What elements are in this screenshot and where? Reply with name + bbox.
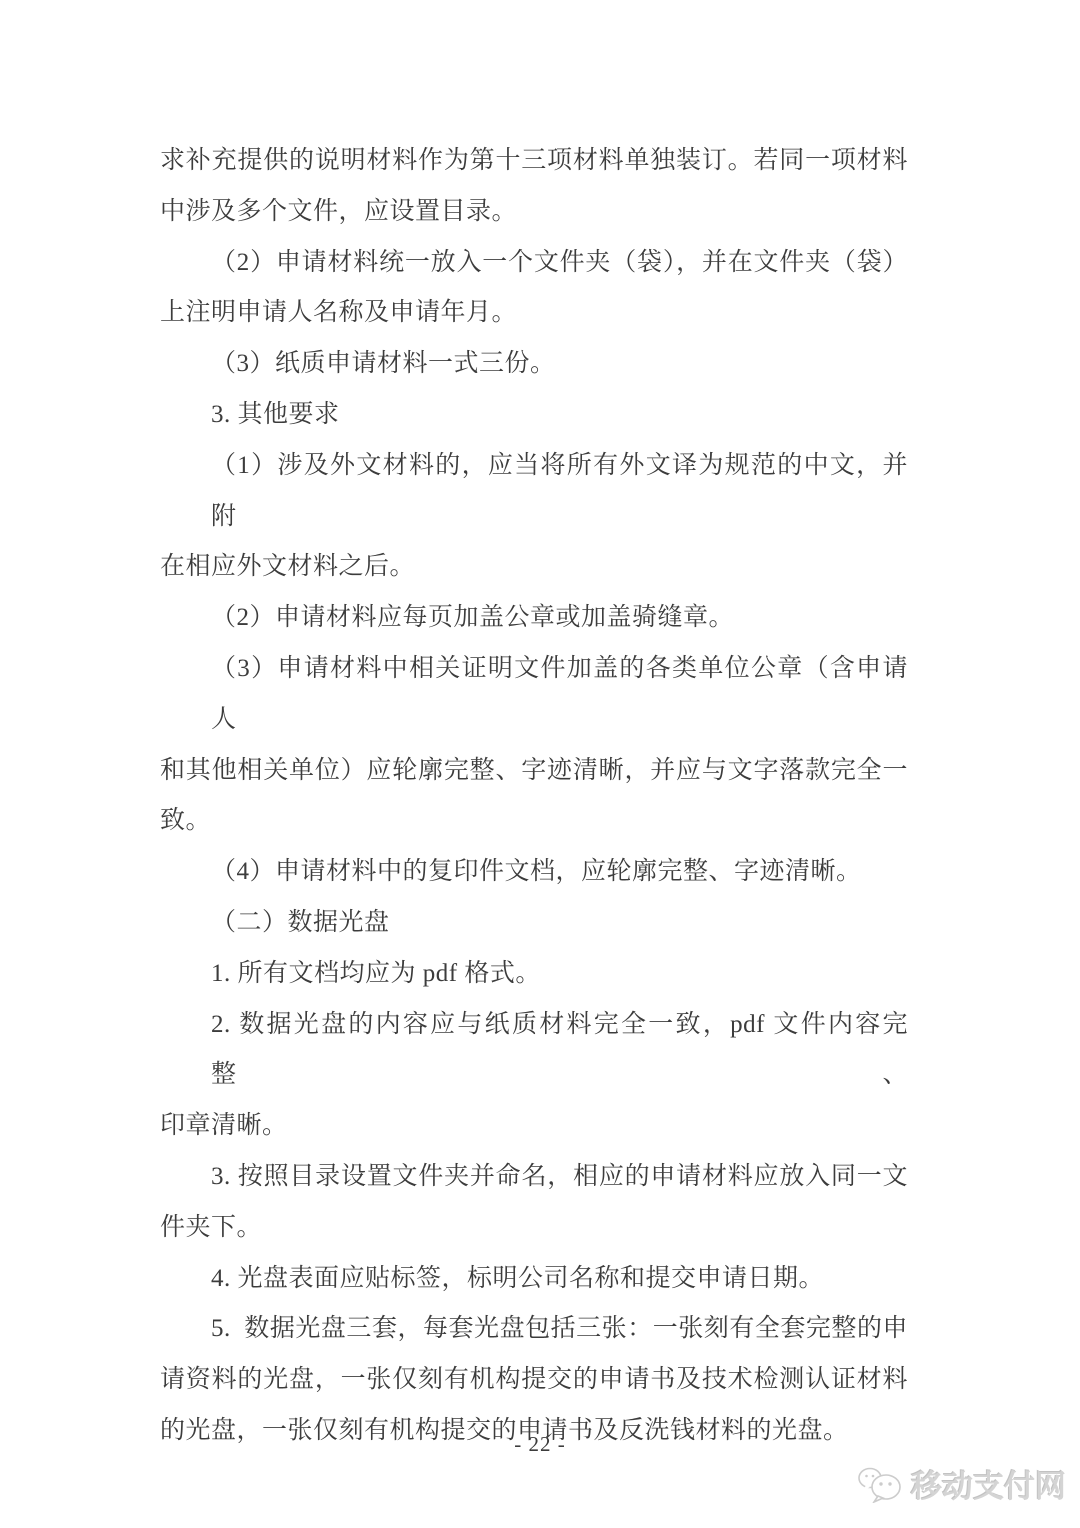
text-line: 上注明申请人名称及申请年月。: [160, 288, 908, 339]
text-line: （二）数据光盘: [160, 898, 908, 949]
text-line: 3. 其他要求: [160, 390, 908, 441]
text-line: 求补充提供的说明材料作为第十三项材料单独装订。若同一项材料: [160, 136, 908, 187]
text-line: （2）申请材料应每页加盖公章或加盖骑缝章。: [160, 593, 908, 644]
text-line: 致。: [160, 796, 908, 847]
watermark: 移动支付网: [857, 1461, 1066, 1506]
text-line: 请资料的光盘，一张仅刻有机构提交的申请书及技术检测认证材料: [160, 1355, 908, 1406]
text-line: 5. 数据光盘三套，每套光盘包括三张：一张刻有全套完整的申: [160, 1304, 908, 1355]
text-line: （3）申请材料中相关证明文件加盖的各类单位公章（含申请人: [160, 644, 908, 746]
text-line: 中涉及多个文件，应设置目录。: [160, 187, 908, 238]
text-line: 印章清晰。: [160, 1101, 908, 1152]
text-line: （1）涉及外文材料的，应当将所有外文译为规范的中文，并附: [160, 441, 908, 543]
text-line: 3. 按照目录设置文件夹并命名，相应的申请材料应放入同一文: [160, 1152, 908, 1203]
text-line: 1. 所有文档均应为 pdf 格式。: [160, 949, 908, 1000]
document-body: 求补充提供的说明材料作为第十三项材料单独装订。若同一项材料中涉及多个文件，应设置…: [160, 136, 908, 1457]
watermark-text: 移动支付网: [911, 1461, 1066, 1506]
text-line: 件夹下。: [160, 1203, 908, 1254]
text-line: （4）申请材料中的复印件文档，应轮廓完整、字迹清晰。: [160, 847, 908, 898]
wechat-icon: [857, 1465, 903, 1503]
text-line: 2. 数据光盘的内容应与纸质材料完全一致，pdf 文件内容完整、: [160, 1000, 908, 1102]
page-number: - 22 -: [0, 1432, 1080, 1457]
text-line: （2）申请材料统一放入一个文件夹（袋），并在文件夹（袋）: [160, 238, 908, 289]
text-line: 和其他相关单位）应轮廓完整、字迹清晰，并应与文字落款完全一: [160, 746, 908, 797]
text-line: （3）纸质申请材料一式三份。: [160, 339, 908, 390]
text-line: 4. 光盘表面应贴标签，标明公司名称和提交申请日期。: [160, 1254, 908, 1305]
document-page: 求补充提供的说明材料作为第十三项材料单独装订。若同一项材料中涉及多个文件，应设置…: [0, 0, 1080, 1528]
text-line: 在相应外文材料之后。: [160, 542, 908, 593]
